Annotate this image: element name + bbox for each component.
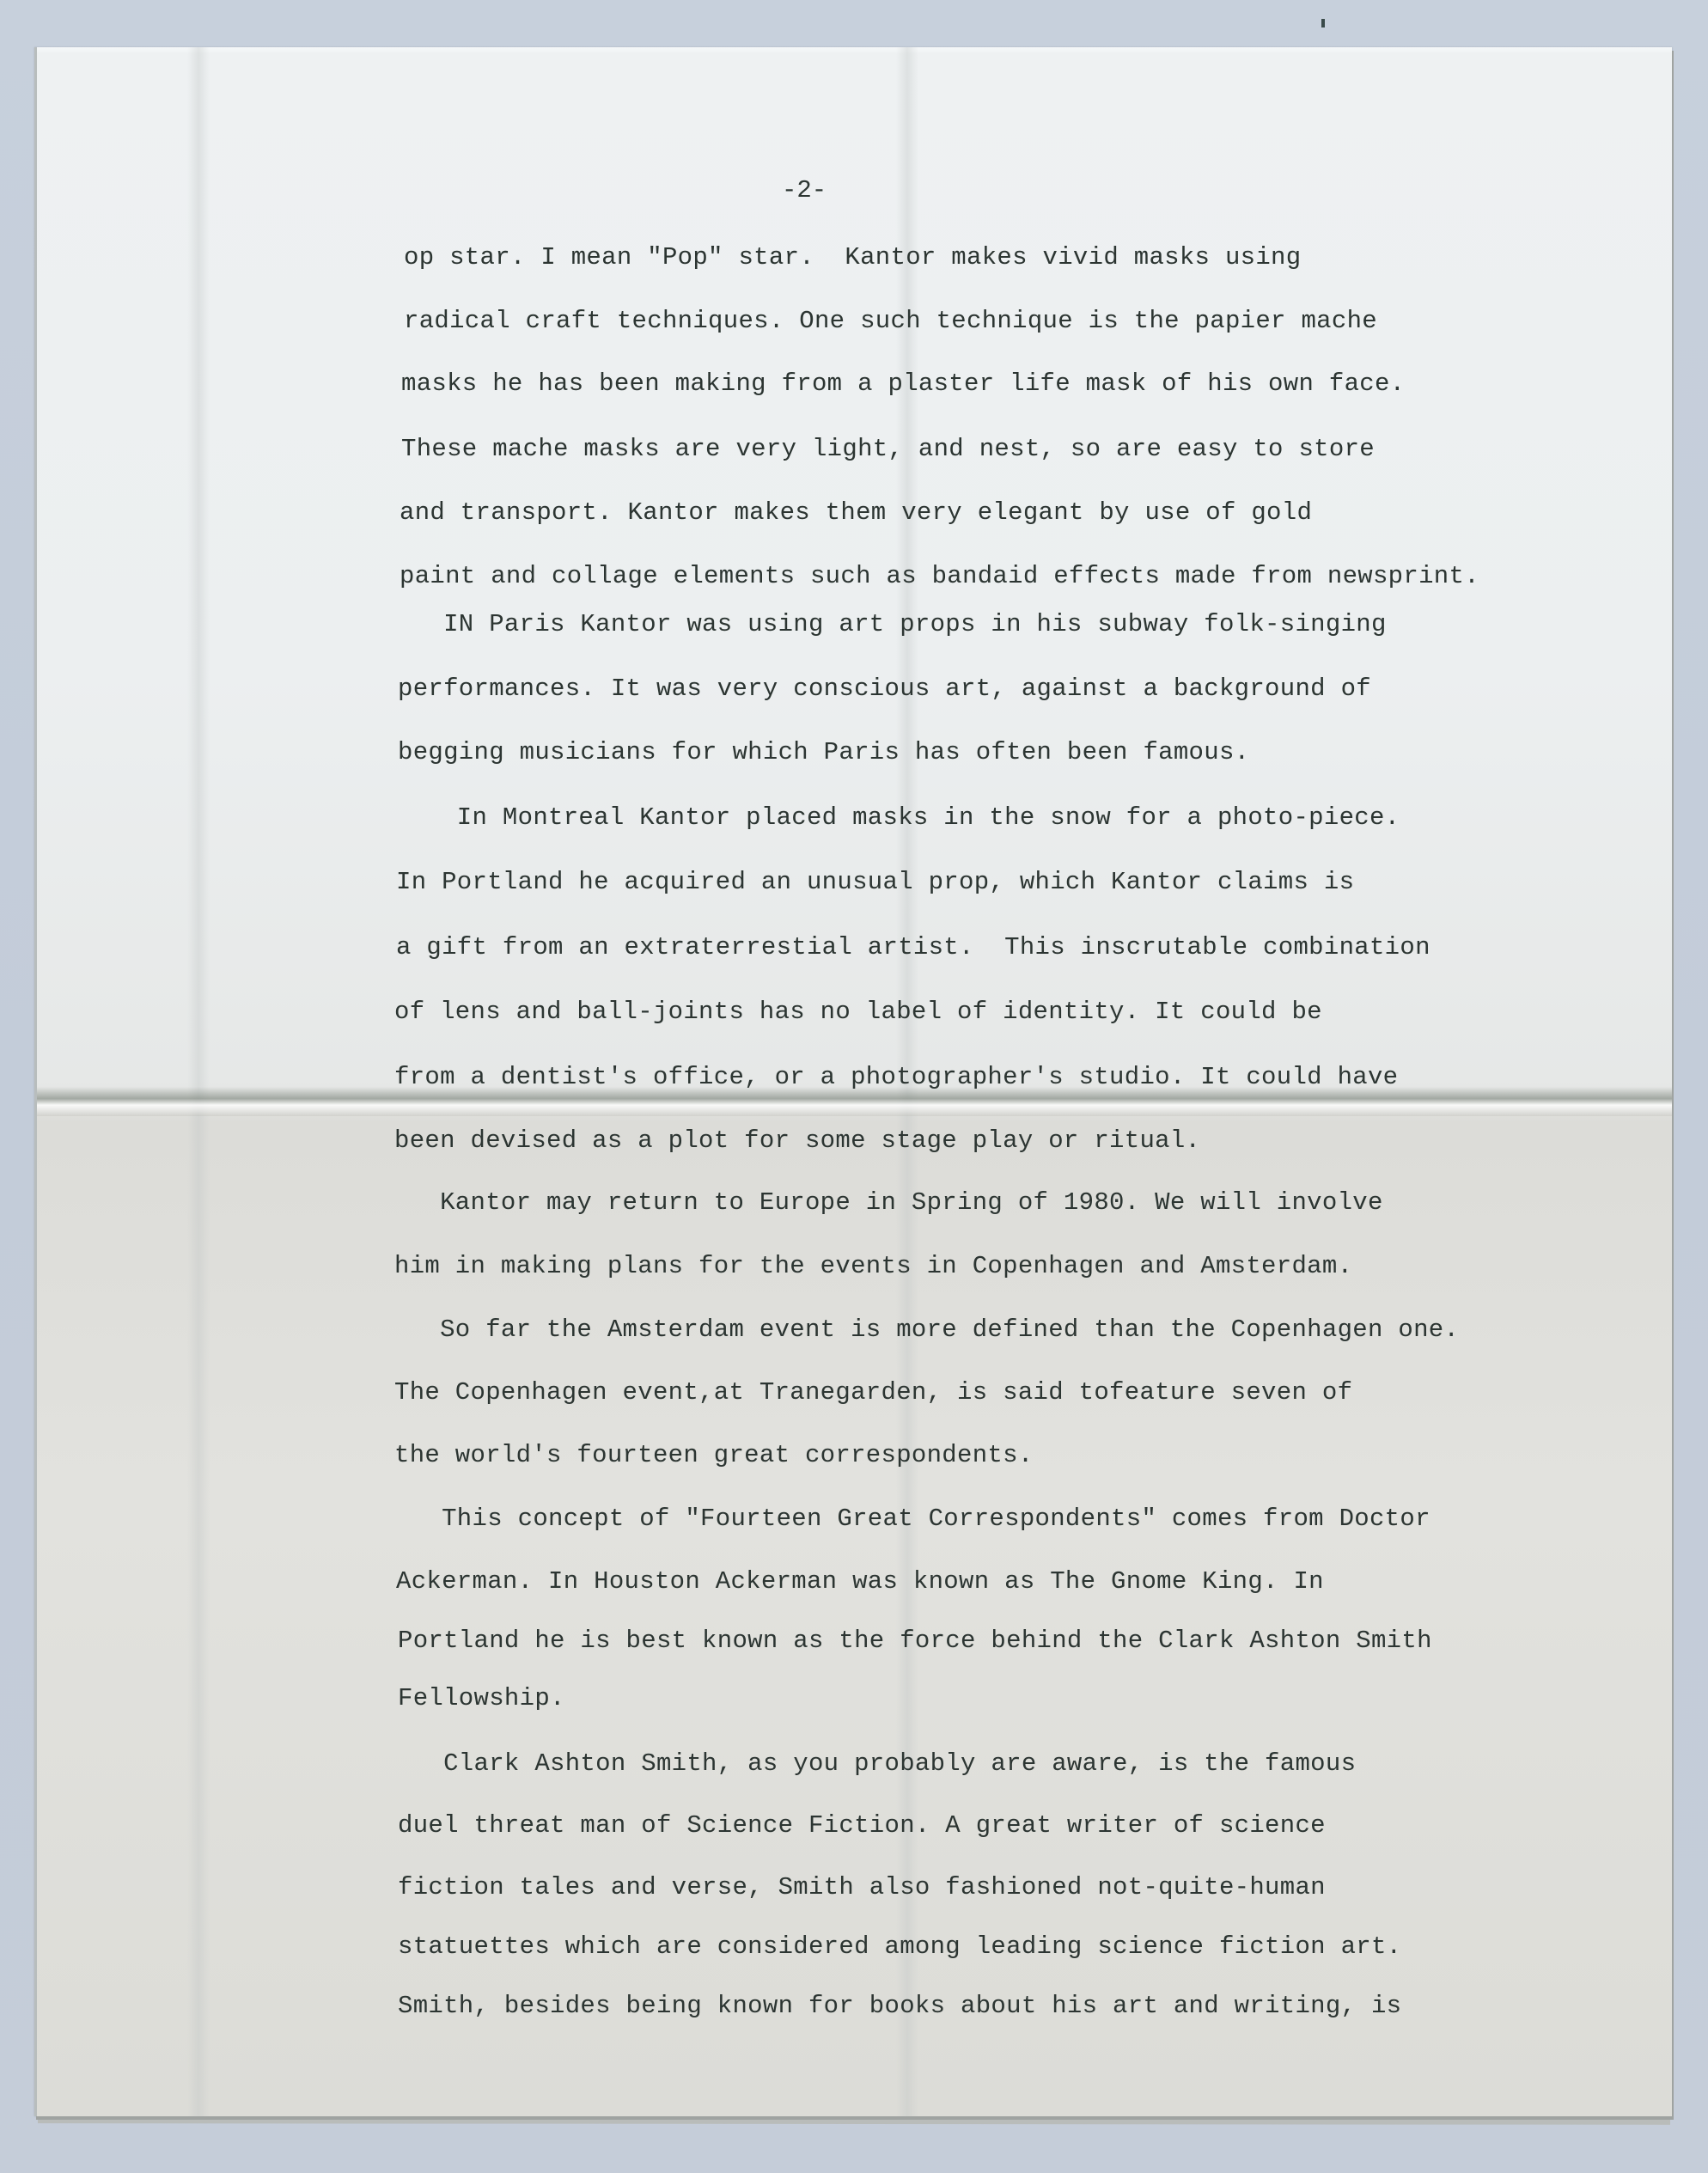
text-line: Clark Ashton Smith, as you probably are … [398, 1749, 1356, 1778]
text-line: op star. I mean "Pop" star. Kantor makes… [404, 243, 1301, 272]
text-line: radical craft techniques. One such techn… [404, 307, 1377, 335]
page-number: -2- [782, 176, 827, 204]
text-line: Ackerman. In Houston Ackerman was known … [396, 1567, 1324, 1596]
text-line: from a dentist's office, or a photograph… [394, 1063, 1398, 1091]
text-line: of lens and ball-joints has no label of … [394, 998, 1322, 1026]
text-line: This concept of "Fourteen Great Correspo… [396, 1505, 1430, 1533]
text-line: him in making plans for the events in Co… [394, 1252, 1352, 1280]
text-line: These mache masks are very light, and ne… [401, 435, 1375, 463]
text-line: begging musicians for which Paris has of… [398, 738, 1249, 766]
text-line: statuettes which are considered among le… [398, 1932, 1401, 1961]
text-line: Portland he is best known as the force b… [398, 1627, 1432, 1655]
text-line: In Portland he acquired an unusual prop,… [396, 868, 1354, 896]
text-line: Smith, besides being known for books abo… [398, 1992, 1401, 2020]
text-line: a gift from an extraterrestial artist. T… [396, 933, 1430, 961]
text-line: The Copenhagen event,at Tranegarden, is … [394, 1378, 1352, 1407]
text-line: So far the Amsterdam event is more defin… [394, 1315, 1459, 1344]
text-line: been devised as a plot for some stage pl… [394, 1126, 1200, 1155]
text-line: Fellowship. [398, 1684, 565, 1712]
text-line: performances. It was very conscious art,… [398, 674, 1371, 703]
text-line: Kantor may return to Europe in Spring of… [394, 1188, 1383, 1217]
text-line: IN Paris Kantor was using art props in h… [398, 610, 1387, 638]
text-line: masks he has been making from a plaster … [401, 369, 1405, 398]
text-line: In Montreal Kantor placed masks in the s… [396, 803, 1400, 832]
paper-fold-horizontal [37, 1087, 1672, 1116]
text-line: the world's fourteen great correspondent… [394, 1441, 1034, 1469]
ink-mark [1321, 19, 1325, 27]
text-line: duel threat man of Science Fiction. A gr… [398, 1811, 1326, 1840]
text-line: paint and collage elements such as banda… [400, 562, 1479, 590]
paper-fold-vertical [187, 47, 210, 2116]
text-line: fiction tales and verse, Smith also fash… [398, 1873, 1326, 1901]
text-line: and transport. Kantor makes them very el… [400, 498, 1312, 527]
